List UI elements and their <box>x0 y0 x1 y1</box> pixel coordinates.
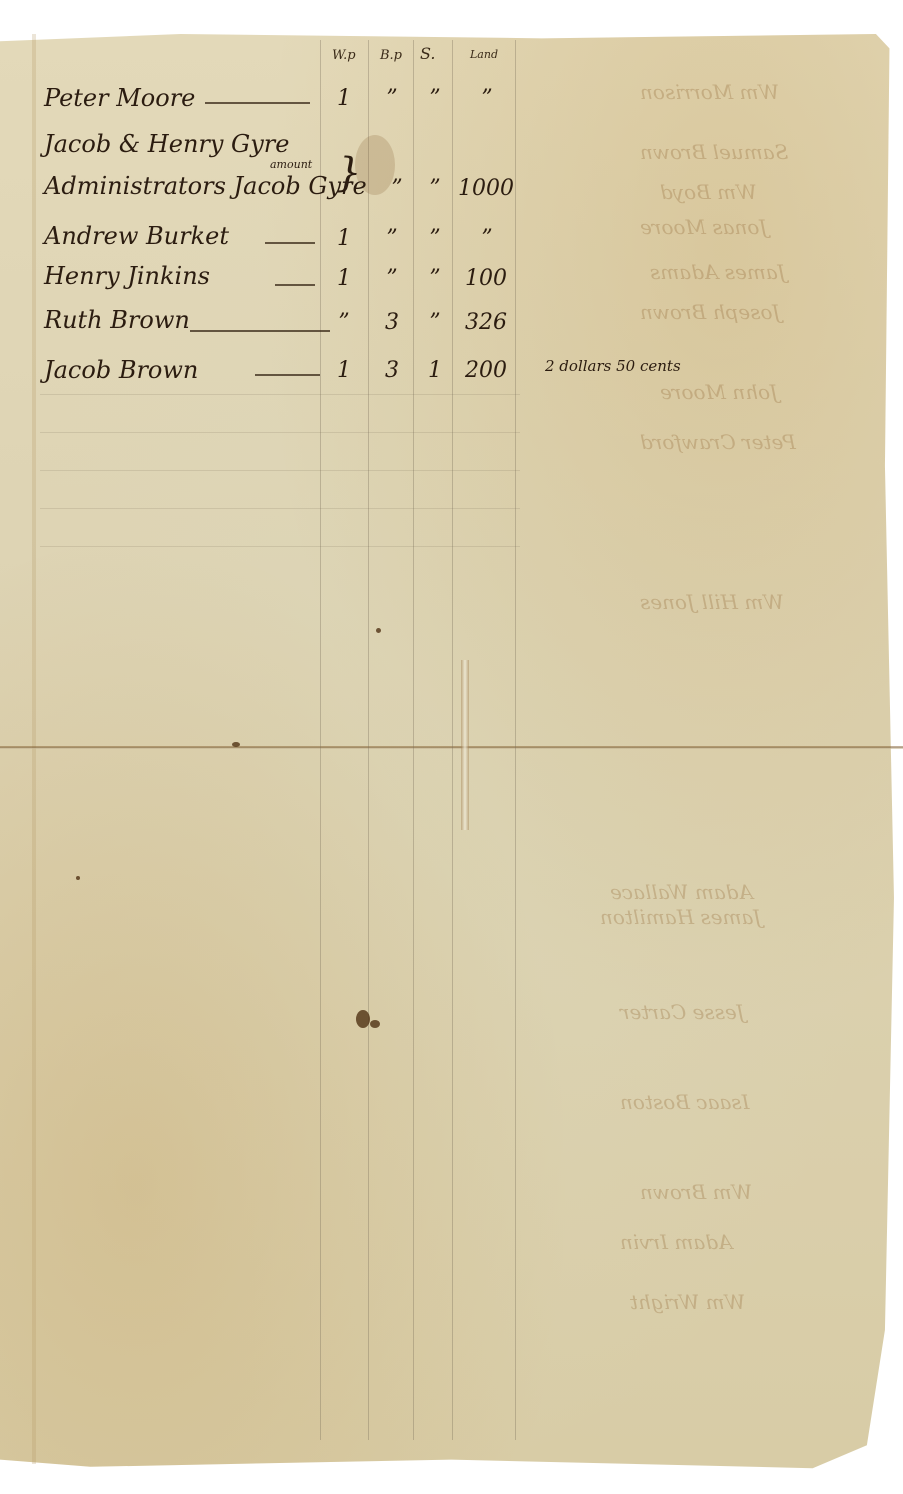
cell-s: ” <box>418 86 452 111</box>
bleed-through-text: Jesse Carter <box>620 1000 745 1024</box>
row-name: Andrew Burket <box>44 222 229 250</box>
column-header-bp: B.p <box>380 48 402 63</box>
row-rule <box>40 394 520 395</box>
row-annotation: amount <box>270 158 312 171</box>
cell-land: 200 <box>456 358 516 383</box>
left-fold-crease <box>32 34 36 1464</box>
cell-wp: 1 <box>327 358 361 383</box>
column-header-wp: W.p <box>332 48 356 63</box>
cell-bp: ” <box>380 176 414 201</box>
cell-land: 100 <box>456 266 516 291</box>
column-rule <box>413 40 414 1440</box>
bleed-through-text: Peter Crawford <box>640 430 796 454</box>
row-rule <box>40 470 520 471</box>
bleed-through-text: Samuel Brown <box>640 140 788 164</box>
bleed-through-text: Wm Wright <box>630 1290 745 1314</box>
ink-blot <box>370 1020 380 1028</box>
fill-line <box>205 102 310 104</box>
vertical-tear <box>461 660 469 830</box>
row-name: Jacob Brown <box>44 356 198 384</box>
column-rule <box>515 40 516 1440</box>
fill-line <box>275 284 315 286</box>
bleed-through-text: James Adams <box>650 260 786 284</box>
cell-bp: 3 <box>375 358 409 383</box>
row-name: Henry Jinkins <box>44 262 210 290</box>
ink-blot <box>376 628 381 633</box>
column-header-s: S. <box>420 44 435 63</box>
bleed-through-text: Wm Hill Jones <box>640 590 784 614</box>
bleed-through-text: James Hamilton <box>600 905 761 929</box>
bleed-through-text: Adam Wallace <box>610 880 753 904</box>
ink-blot <box>232 742 240 747</box>
cell-land: 326 <box>456 310 516 335</box>
cell-s: ” <box>418 266 452 291</box>
column-rule <box>368 40 369 1440</box>
cell-s: ” <box>418 226 452 251</box>
cell-s: ” <box>418 310 452 335</box>
bleed-through-text: Isaac Boston <box>620 1090 750 1114</box>
cell-s: 1 <box>418 358 452 383</box>
cell-wp: 1 <box>327 226 361 251</box>
bleed-through-text: Wm Morrison <box>640 80 779 104</box>
column-header-land: Land <box>470 48 498 61</box>
cell-wp: ” <box>327 310 361 335</box>
cell-s: ” <box>418 176 452 201</box>
bleed-through-text: John Moore <box>660 380 778 404</box>
column-rule <box>452 40 453 1440</box>
cell-bp: ” <box>375 226 409 251</box>
row-name: Ruth Brown <box>44 306 190 334</box>
cell-bp: 3 <box>375 310 409 335</box>
row-name: Peter Moore <box>44 84 195 112</box>
cell-land: ” <box>470 226 504 251</box>
row-rule <box>40 508 520 509</box>
bleed-through-text: Wm Boyd <box>660 180 757 204</box>
row-name: Jacob & Henry Gyre <box>44 130 289 158</box>
cell-land: ” <box>470 86 504 111</box>
bleed-through-text: Joseph Brown <box>640 300 781 324</box>
bleed-through-text: Adam Irvin <box>620 1230 733 1254</box>
cell-wp: 1 <box>327 266 361 291</box>
cell-land: 1000 <box>456 176 516 201</box>
ink-blot <box>356 1010 370 1028</box>
bleed-through-text: Jonas Moore <box>640 215 767 239</box>
bleed-through-text: Wm Brown <box>640 1180 752 1204</box>
row-rule <box>40 546 520 547</box>
brace-mark: } <box>336 150 361 196</box>
fill-line <box>255 374 320 376</box>
row-rule <box>40 432 520 433</box>
payment-note: 2 dollars 50 cents <box>545 357 681 375</box>
fill-line <box>265 242 315 244</box>
ink-blot <box>76 876 80 880</box>
fill-line <box>190 330 330 332</box>
cell-bp: ” <box>375 266 409 291</box>
cell-wp: 1 <box>327 86 361 111</box>
row-name: Administrators Jacob Gyre <box>44 172 367 200</box>
cell-bp: ” <box>375 86 409 111</box>
column-rule <box>320 40 321 1440</box>
